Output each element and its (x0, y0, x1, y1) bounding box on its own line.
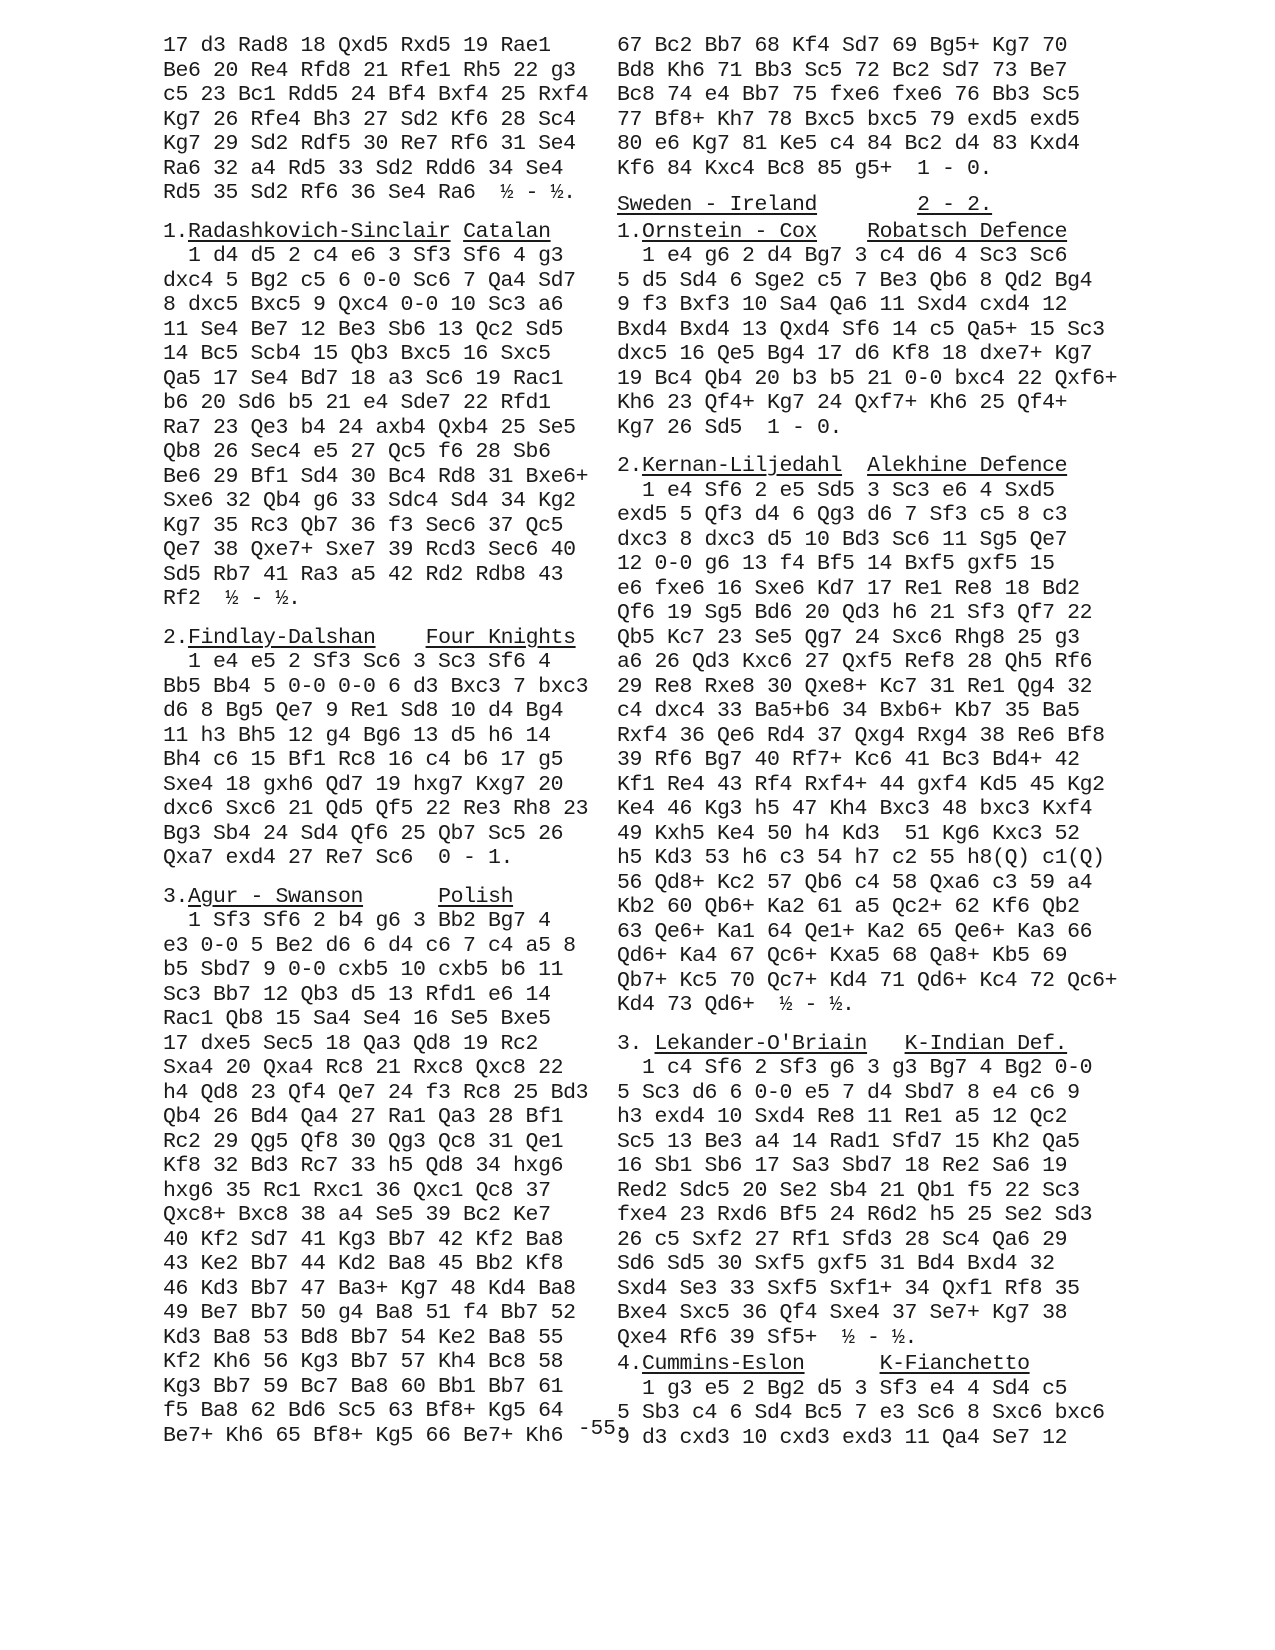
move-line: 17 dxe5 Sec5 18 Qa3 Qd8 19 Rc2 (163, 1032, 603, 1057)
game-opening: Catalan (463, 220, 551, 244)
move-line: Ke4 46 Kg3 h5 47 Kh4 Bxc3 48 bxc3 Kxf4 (617, 797, 1157, 822)
match-teams: Sweden - Ireland (617, 193, 817, 217)
move-line: Rac1 Qb8 15 Sa4 Se4 16 Se5 Bxe5 (163, 1007, 603, 1032)
game-opening: Four Knights (426, 626, 576, 650)
move-line: 14 Bc5 Scb4 15 Qb3 Bxc5 16 Sxc5 (163, 342, 603, 367)
move-line: 1 e4 Sf6 2 e5 Sd5 3 Sc3 e6 4 Sxd5 (617, 479, 1157, 504)
move-line: Kf6 84 Kxc4 Bc8 85 g5+ 1 - 0. (617, 157, 1157, 182)
move-line: Kg7 35 Rc3 Qb7 36 f3 Sec6 37 Qc5 (163, 514, 603, 539)
move-line: Bc8 74 e4 Bb7 75 fxe6 fxe6 76 Bb3 Sc5 (617, 83, 1157, 108)
move-line: Kb2 60 Qb6+ Ka2 61 a5 Qc2+ 62 Kf6 Qb2 (617, 895, 1157, 920)
game-heading: 3.Agur - Swanson Polish (163, 885, 603, 910)
move-line: Bg3 Sb4 24 Sd4 Qf6 25 Qb7 Sc5 26 (163, 822, 603, 847)
move-line: 26 c5 Sxf2 27 Rf1 Sfd3 28 Sc4 Qa6 29 (617, 1228, 1157, 1253)
game-players: Cummins-Eslon (642, 1352, 805, 1376)
move-line: 39 Rf6 Bg7 40 Rf7+ Kc6 41 Bc3 Bd4+ 42 (617, 748, 1157, 773)
game-opening: K-Fianchetto (880, 1352, 1030, 1376)
move-line: Qb7+ Kc5 70 Qc7+ Kd4 71 Qd6+ Kc4 72 Qc6+ (617, 969, 1157, 994)
move-line: Rc2 29 Qg5 Qf8 30 Qg3 Qc8 31 Qe1 (163, 1130, 603, 1155)
move-line: Qxa7 exd4 27 Re7 Sc6 0 - 1. (163, 846, 603, 871)
move-line: dxc4 5 Bg2 c5 6 0-0 Sc6 7 Qa4 Sd7 (163, 269, 603, 294)
move-line: Ra6 32 a4 Rd5 33 Sd2 Rdd6 34 Se4 (163, 157, 603, 182)
move-line: Kf8 32 Bd3 Rc7 33 h5 Qd8 34 hxg6 (163, 1154, 603, 1179)
move-line: Qxc8+ Bxc8 38 a4 Se5 39 Bc2 Ke7 (163, 1203, 603, 1228)
move-line: Rf2 ½ - ½. (163, 587, 603, 612)
move-line: Kg7 26 Rfe4 Bh3 27 Sd2 Kf6 28 Sc4 (163, 108, 603, 133)
spacer (805, 1352, 880, 1376)
move-line: dxc3 8 dxc3 d5 10 Bd3 Sc6 11 Sg5 Qe7 (617, 528, 1157, 553)
move-line: Qxe4 Rf6 39 Sf5+ ½ - ½. (617, 1326, 1157, 1351)
game-number: 4. (617, 1352, 642, 1376)
move-line: d6 8 Bg5 Qe7 9 Re1 Sd8 10 d4 Bg4 (163, 699, 603, 724)
move-line: dxc5 16 Qe5 Bg4 17 d6 Kf8 18 dxe7+ Kg7 (617, 342, 1157, 367)
move-line: 12 0-0 g6 13 f4 Bf5 14 Bxf5 gxf5 15 (617, 552, 1157, 577)
move-line: Rd5 35 Sd2 Rf6 36 Se4 Ra6 ½ - ½. (163, 181, 603, 206)
game-players: Findlay-Dalshan (188, 626, 376, 650)
move-line: 49 Kxh5 Ke4 50 h4 Kd3 51 Kg6 Kxc3 52 (617, 822, 1157, 847)
move-line: Be6 20 Re4 Rfd8 21 Rfe1 Rh5 22 g3 (163, 59, 603, 84)
move-line: Qa5 17 Se4 Bd7 18 a3 Sc6 19 Rac1 (163, 367, 603, 392)
move-line: Bd8 Kh6 71 Bb3 Sc5 72 Bc2 Sd7 73 Be7 (617, 59, 1157, 84)
game-opening: K-Indian Def. (905, 1032, 1068, 1056)
move-line: 5 Sb3 c4 6 Sd4 Bc5 7 e3 Sc6 8 Sxc6 bxc6 (617, 1401, 1157, 1426)
move-line: Qf6 19 Sg5 Bd6 20 Qd3 h6 21 Sf3 Qf7 22 (617, 601, 1157, 626)
move-line: Red2 Sdc5 20 Se2 Sb4 21 Qb1 f5 22 Sc3 (617, 1179, 1157, 1204)
spacer (376, 626, 426, 650)
page-number: -55- (578, 1418, 628, 1441)
move-line: Be7+ Kh6 65 Bf8+ Kg5 66 Be7+ Kh6 (163, 1424, 603, 1449)
move-line: Qd6+ Ka4 67 Qc6+ Kxa5 68 Qa8+ Kb5 69 (617, 944, 1157, 969)
move-line: 1 g3 e5 2 Bg2 d5 3 Sf3 e4 4 Sd4 c5 (617, 1377, 1157, 1402)
move-line: Kg7 26 Sd5 1 - 0. (617, 416, 1157, 441)
move-line: c5 23 Bc1 Rdd5 24 Bf4 Bxf4 25 Rxf4 (163, 83, 603, 108)
move-line: Bb5 Bb4 5 0-0 0-0 6 d3 Bxc3 7 bxc3 (163, 675, 603, 700)
move-line: 11 Se4 Be7 12 Be3 Sb6 13 Qc2 Sd5 (163, 318, 603, 343)
move-line: Sc3 Bb7 12 Qb3 d5 13 Rfd1 e6 14 (163, 983, 603, 1008)
spacer (451, 220, 464, 244)
game-heading: 1.Radashkovich-Sinclair Catalan (163, 220, 603, 245)
move-line: Qb4 26 Bd4 Qa4 27 Ra1 Qa3 28 Bf1 (163, 1105, 603, 1130)
game-opening: Polish (438, 885, 513, 909)
left-column: 17 d3 Rad8 18 Qxd5 Rxd5 19 Rae1Be6 20 Re… (163, 34, 603, 1448)
move-line: 5 Sc3 d6 6 0-0 e5 7 d4 Sbd7 8 e4 c6 9 (617, 1081, 1157, 1106)
game-number: 1. (617, 220, 642, 244)
game-players: Lekander-O'Briain (655, 1032, 868, 1056)
move-line: Sxd4 Se3 33 Sxf5 Sxf1+ 34 Qxf1 Rf8 35 (617, 1277, 1157, 1302)
game-heading: 4.Cummins-Eslon K-Fianchetto (617, 1352, 1157, 1377)
move-line: Kf1 Re4 43 Rf4 Rxf4+ 44 gxf4 Kd5 45 Kg2 (617, 773, 1157, 798)
right-column: 67 Bc2 Bb7 68 Kf4 Sd7 69 Bg5+ Kg7 70Bd8 … (617, 34, 1157, 1450)
move-line: 19 Bc4 Qb4 20 b3 b5 21 0-0 bxc4 22 Qxf6+ (617, 367, 1157, 392)
move-line: Ra7 23 Qe3 b4 24 axb4 Qxb4 25 Se5 (163, 416, 603, 441)
move-line: b6 20 Sd6 b5 21 e4 Sde7 22 Rfd1 (163, 391, 603, 416)
move-line: 77 Bf8+ Kh7 78 Bxc5 bxc5 79 exd5 exd5 (617, 108, 1157, 133)
game-players: Ornstein - Cox (642, 220, 817, 244)
move-line: Qb5 Kc7 23 Se5 Qg7 24 Sxc6 Rhg8 25 g3 (617, 626, 1157, 651)
move-line: Sxe6 32 Qb4 g6 33 Sdc4 Sd4 34 Kg2 (163, 489, 603, 514)
game-players: Agur - Swanson (188, 885, 363, 909)
game-opening: Robatsch Defence (867, 220, 1067, 244)
move-line: Rxf4 36 Qe6 Rd4 37 Qxg4 Rxg4 38 Re6 Bf8 (617, 724, 1157, 749)
move-line: f5 Ba8 62 Bd6 Sc5 63 Bf8+ Kg5 64 (163, 1399, 603, 1424)
game-heading: 3. Lekander-O'Briain K-Indian Def. (617, 1032, 1157, 1057)
move-line: hxg6 35 Rc1 Rxc1 36 Qxc1 Qc8 37 (163, 1179, 603, 1204)
move-line: Bxe4 Sxc5 36 Qf4 Sxe4 37 Se7+ Kg7 38 (617, 1301, 1157, 1326)
game-heading: 1.Ornstein - Cox Robatsch Defence (617, 220, 1157, 245)
move-line: h4 Qd8 23 Qf4 Qe7 24 f3 Rc8 25 Bd3 (163, 1081, 603, 1106)
spacer (163, 612, 603, 624)
move-line: Sd5 Rb7 41 Ra3 a5 42 Rd2 Rdb8 43 (163, 563, 603, 588)
move-line: Sxe4 18 gxh6 Qd7 19 hxg7 Kxg7 20 (163, 773, 603, 798)
spacer (363, 885, 438, 909)
game-players: Kernan-Liljedahl (642, 454, 842, 478)
spacer (163, 206, 603, 218)
move-line: fxe4 23 Rxd6 Bf5 24 R6d2 h5 25 Se2 Sd3 (617, 1203, 1157, 1228)
move-line: Sxa4 20 Qxa4 Rc8 21 Rxc8 Qxc8 22 (163, 1056, 603, 1081)
game-opening: Alekhine Defence (867, 454, 1067, 478)
move-line: 17 d3 Rad8 18 Qxd5 Rxd5 19 Rae1 (163, 34, 603, 59)
move-line: 1 c4 Sf6 2 Sf3 g6 3 g3 Bg7 4 Bg2 0-0 (617, 1056, 1157, 1081)
move-line: 46 Kd3 Bb7 47 Ba3+ Kg7 48 Kd4 Ba8 (163, 1277, 603, 1302)
move-line: 9 d3 cxd3 10 cxd3 exd3 11 Qa4 Se7 12 (617, 1426, 1157, 1451)
game-heading: 2.Kernan-Liljedahl Alekhine Defence (617, 454, 1157, 479)
spacer (867, 1032, 905, 1056)
move-line: 11 h3 Bh5 12 g4 Bg6 13 d5 h6 14 (163, 724, 603, 749)
match-score: 2 - 2. (917, 193, 992, 217)
move-line: e3 0-0 5 Be2 d6 6 d4 c6 7 c4 a5 8 (163, 934, 603, 959)
spacer (842, 454, 867, 478)
move-line: Be6 29 Bf1 Sd4 30 Bc4 Rd8 31 Bxe6+ (163, 465, 603, 490)
game-heading: 2.Findlay-Dalshan Four Knights (163, 626, 603, 651)
move-line: h5 Kd3 53 h6 c3 54 h7 c2 55 h8(Q) c1(Q) (617, 846, 1157, 871)
move-line: Sc5 13 Be3 a4 14 Rad1 Sfd7 15 Kh2 Qa5 (617, 1130, 1157, 1155)
move-line: Qe7 38 Qxe7+ Sxe7 39 Rcd3 Sec6 40 (163, 538, 603, 563)
move-line: Kh6 23 Qf4+ Kg7 24 Qxf7+ Kh6 25 Qf4+ (617, 391, 1157, 416)
spacer (617, 181, 1157, 193)
move-line: 16 Sb1 Sb6 17 Sa3 Sbd7 18 Re2 Sa6 19 (617, 1154, 1157, 1179)
game-players: Radashkovich-Sinclair (188, 220, 451, 244)
move-line: Bh4 c6 15 Bf1 Rc8 16 c4 b6 17 g5 (163, 748, 603, 773)
move-line: Kd3 Ba8 53 Bd8 Bb7 54 Ke2 Ba8 55 (163, 1326, 603, 1351)
spacer (163, 871, 603, 883)
move-line: 49 Be7 Bb7 50 g4 Ba8 51 f4 Bb7 52 (163, 1301, 603, 1326)
move-line: Kd4 73 Qd6+ ½ - ½. (617, 993, 1157, 1018)
move-line: 40 Kf2 Sd7 41 Kg3 Bb7 42 Kf2 Ba8 (163, 1228, 603, 1253)
spacer (817, 193, 917, 217)
spacer (617, 1018, 1157, 1030)
move-line: 80 e6 Kg7 81 Ke5 c4 84 Bc2 d4 83 Kxd4 (617, 132, 1157, 157)
move-line: a6 26 Qd3 Kxc6 27 Qxf5 Ref8 28 Qh5 Rf6 (617, 650, 1157, 675)
move-line: dxc6 Sxc6 21 Qd5 Qf5 22 Re3 Rh8 23 (163, 797, 603, 822)
move-line: Kg7 29 Sd2 Rdf5 30 Re7 Rf6 31 Se4 (163, 132, 603, 157)
game-number: 2. (617, 454, 642, 478)
move-line: 1 e4 g6 2 d4 Bg7 3 c4 d6 4 Sc3 Sc6 (617, 244, 1157, 269)
move-line: c4 dxc4 33 Ba5+b6 34 Bxb6+ Kb7 35 Ba5 (617, 699, 1157, 724)
move-line: 9 f3 Bxf3 10 Sa4 Qa6 11 Sxd4 cxd4 12 (617, 293, 1157, 318)
spacer (617, 440, 1157, 452)
game-number: 3. (163, 885, 188, 909)
move-line: Sd6 Sd5 30 Sxf5 gxf5 31 Bd4 Bxd4 32 (617, 1252, 1157, 1277)
move-line: 56 Qd8+ Kc2 57 Qb6 c4 58 Qxa6 c3 59 a4 (617, 871, 1157, 896)
match-heading: Sweden - Ireland 2 - 2. (617, 193, 1157, 218)
move-line: 1 Sf3 Sf6 2 b4 g6 3 Bb2 Bg7 4 (163, 909, 603, 934)
move-line: h3 exd4 10 Sxd4 Re8 11 Re1 a5 12 Qc2 (617, 1105, 1157, 1130)
move-line: e6 fxe6 16 Sxe6 Kd7 17 Re1 Re8 18 Bd2 (617, 577, 1157, 602)
game-number: 3. (617, 1032, 655, 1056)
move-line: 1 d4 d5 2 c4 e6 3 Sf3 Sf6 4 g3 (163, 244, 603, 269)
move-line: 1 e4 e5 2 Sf3 Sc6 3 Sc3 Sf6 4 (163, 650, 603, 675)
game-number: 2. (163, 626, 188, 650)
move-line: Bxd4 Bxd4 13 Qxd4 Sf6 14 c5 Qa5+ 15 Sc3 (617, 318, 1157, 343)
move-line: b5 Sbd7 9 0-0 cxb5 10 cxb5 b6 11 (163, 958, 603, 983)
move-line: Kg3 Bb7 59 Bc7 Ba8 60 Bb1 Bb7 61 (163, 1375, 603, 1400)
move-line: 67 Bc2 Bb7 68 Kf4 Sd7 69 Bg5+ Kg7 70 (617, 34, 1157, 59)
move-line: Kf2 Kh6 56 Kg3 Bb7 57 Kh4 Bc8 58 (163, 1350, 603, 1375)
game-number: 1. (163, 220, 188, 244)
move-line: exd5 5 Qf3 d4 6 Qg3 d6 7 Sf3 c5 8 c3 (617, 503, 1157, 528)
move-line: 63 Qe6+ Ka1 64 Qe1+ Ka2 65 Qe6+ Ka3 66 (617, 920, 1157, 945)
move-line: 8 dxc5 Bxc5 9 Qxc4 0-0 10 Sc3 a6 (163, 293, 603, 318)
move-line: 43 Ke2 Bb7 44 Kd2 Ba8 45 Bb2 Kf8 (163, 1252, 603, 1277)
spacer (817, 220, 867, 244)
move-line: Qb8 26 Sec4 e5 27 Qc5 f6 28 Sb6 (163, 440, 603, 465)
move-line: 5 d5 Sd4 6 Sge2 c5 7 Be3 Qb6 8 Qd2 Bg4 (617, 269, 1157, 294)
move-line: 29 Re8 Rxe8 30 Qxe8+ Kc7 31 Re1 Qg4 32 (617, 675, 1157, 700)
